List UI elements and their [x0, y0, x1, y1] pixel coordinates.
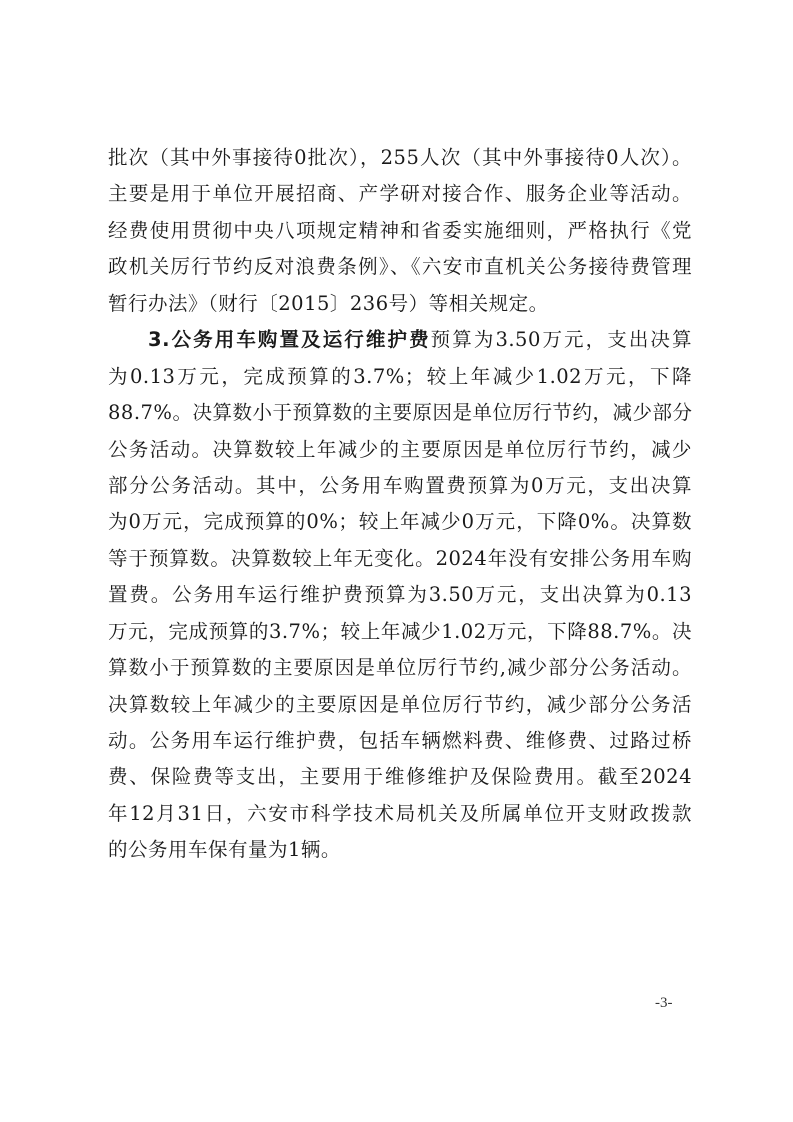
text-line: 88.7%。决算数小于预算数的主要原因是单位厉行节约，减少部分 [108, 395, 692, 431]
text-line: 年12月31日，六安市科学技术局机关及所属单位开支财政拨款 [108, 796, 692, 832]
text-line: 公务活动。决算数较上年减少的主要原因是单位厉行节约，减少 [108, 432, 692, 468]
text-line: 置费。公务用车运行维护费预算为3.50万元，支出决算为0.13 [108, 577, 692, 613]
section-heading: 3.公务用车购置及运行维护费 [148, 328, 431, 351]
text-line: 经费使用贯彻中央八项规定精神和省委实施细则，严格执行《党 [108, 213, 692, 249]
text-line: 为0万元，完成预算的0%；较上年减少0万元，下降0%。决算数 [108, 504, 692, 540]
paragraph-vehicle-expenses: 3.公务用车购置及运行维护费预算为3.50万元，支出决算 为0.13万元，完成预… [108, 322, 692, 869]
text-line: 费、保险费等支出，主要用于维修维护及保险费用。截至2024 [108, 759, 692, 795]
section-heading-line: 3.公务用车购置及运行维护费预算为3.50万元，支出决算 [108, 322, 692, 358]
text-line: 部分公务活动。其中，公务用车购置费预算为0万元，支出决算 [108, 468, 692, 504]
text-line: 的公务用车保有量为1辆。 [108, 832, 692, 868]
text-line: 为0.13万元，完成预算的3.7%；较上年减少1.02万元，下降 [108, 359, 692, 395]
text-line: 算数小于预算数的主要原因是单位厉行节约,减少部分公务活动。 [108, 650, 692, 686]
text-line: 批次（其中外事接待0批次），255人次（其中外事接待0人次）。 [108, 140, 692, 176]
text-line: 政机关厉行节约反对浪费条例》、《六安市直机关公务接待费管理 [108, 249, 692, 285]
text-span: 预算为3.50万元，支出决算 [431, 328, 692, 351]
page-number: -3- [655, 995, 673, 1012]
text-line: 主要是用于单位开展招商、产学研对接合作、服务企业等活动。 [108, 176, 692, 212]
paragraph-reception-expenses: 批次（其中外事接待0批次），255人次（其中外事接待0人次）。 主要是用于单位开… [108, 140, 692, 322]
document-body: 批次（其中外事接待0批次），255人次（其中外事接待0人次）。 主要是用于单位开… [108, 140, 692, 869]
text-line: 等于预算数。决算数较上年无变化。2024年没有安排公务用车购 [108, 541, 692, 577]
text-line: 动。公务用车运行维护费，包括车辆燃料费、维修费、过路过桥 [108, 723, 692, 759]
text-line: 决算数较上年减少的主要原因是单位厉行节约，减少部分公务活 [108, 687, 692, 723]
text-line: 万元，完成预算的3.7%；较上年减少1.02万元，下降88.7%。决 [108, 614, 692, 650]
text-line: 暂行办法》（财行〔2015〕236号）等相关规定。 [108, 286, 692, 322]
